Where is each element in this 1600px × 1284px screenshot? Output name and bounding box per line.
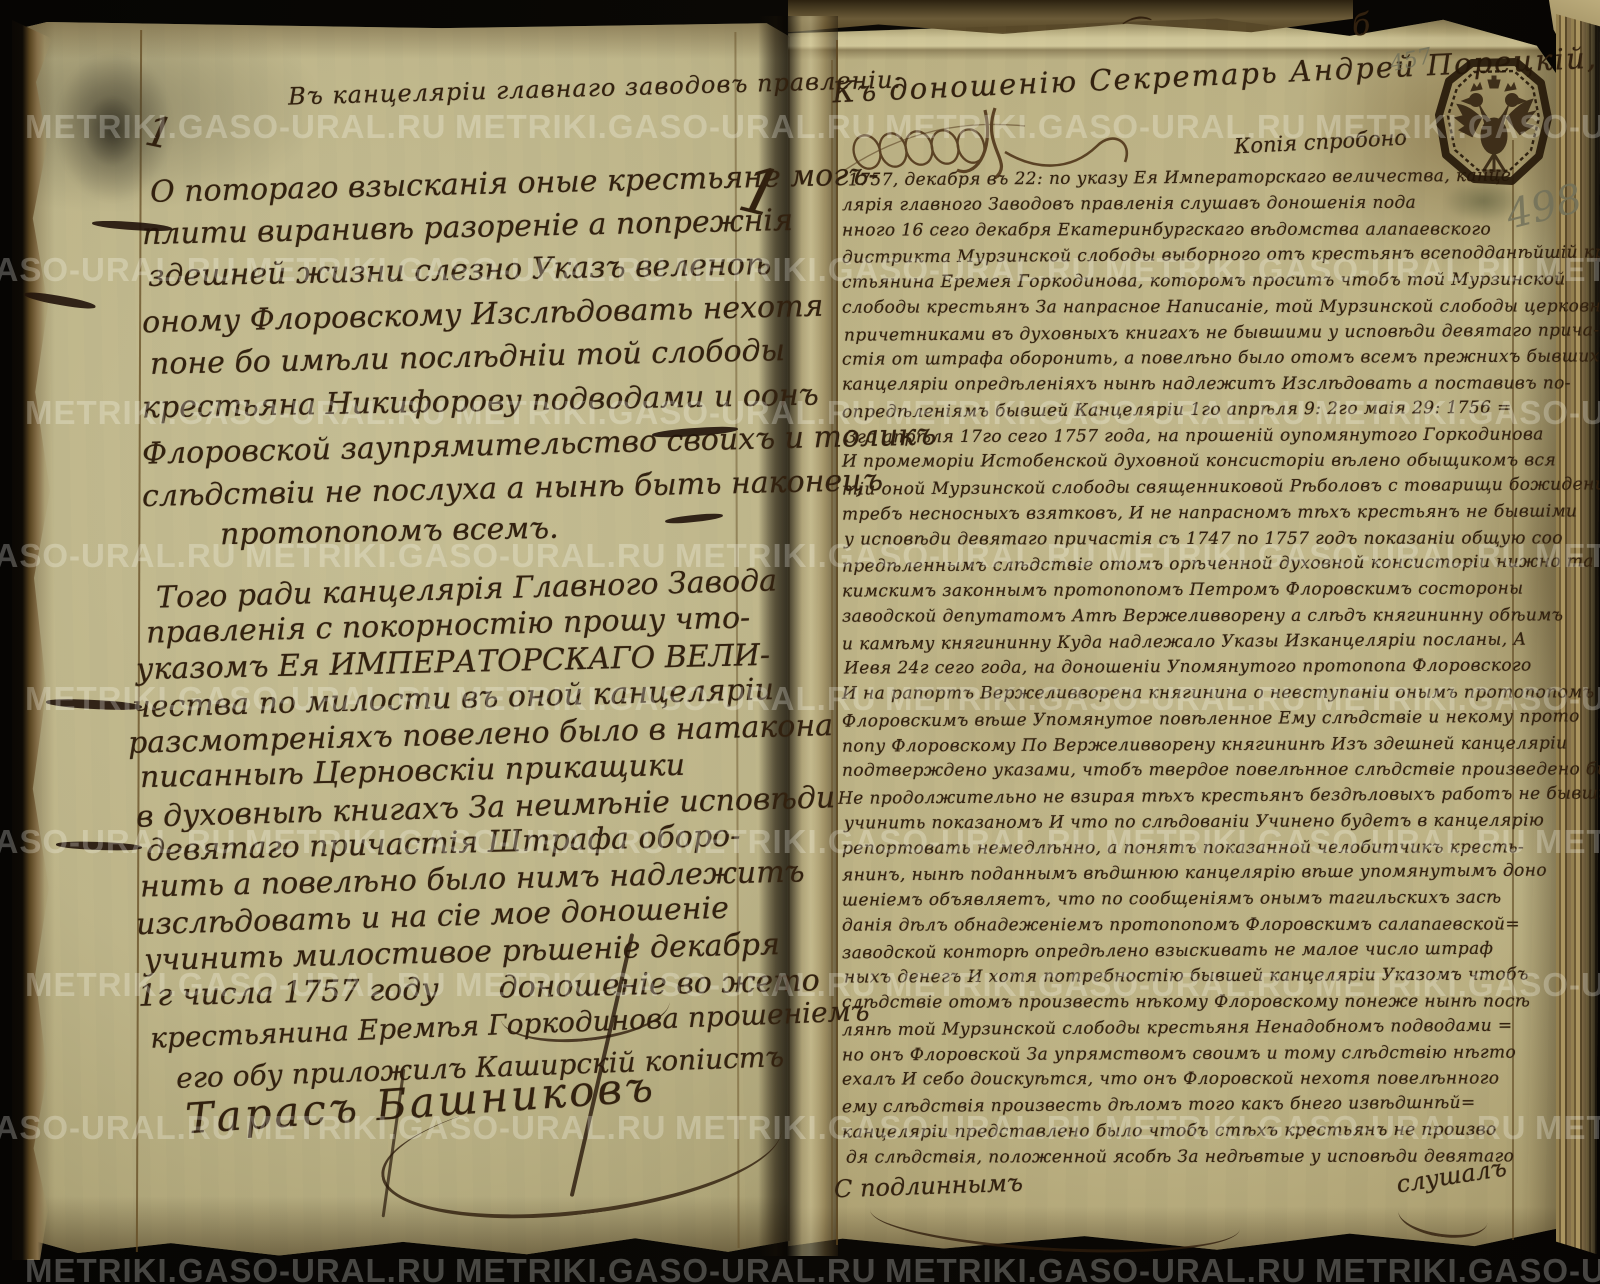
- manuscript-line: протопопомъ всемъ.: [220, 511, 559, 552]
- manuscript-line: репортовать немедлѣнно, а понятъ показан…: [842, 837, 1524, 858]
- manuscript-line: данія дѣлъ обнадеженіемъ протопопомъ Фло…: [842, 914, 1520, 935]
- manuscript-line: дя слѣдствія, положенной ясобѣ За недѣвт…: [846, 1146, 1514, 1167]
- manuscript-line: у исповѣди девятаго причастія съ 1747 по…: [844, 528, 1563, 549]
- manuscript-line: но онъ Флоровской За упрямствомъ своимъ …: [842, 1043, 1516, 1066]
- manuscript-line: шеніемъ объявляетъ, что по сообщеніямъ о…: [842, 888, 1502, 911]
- manuscript-line: И промеморіи Истобенской духовной консис…: [842, 450, 1556, 471]
- manuscript-line: лярія главного Заводовъ правленія слушав…: [842, 193, 1416, 216]
- manuscript-line: подтверждено указами, чтобъ твердое пове…: [842, 759, 1600, 780]
- ink-blot: [84, 96, 140, 166]
- manuscript-line: Иевя 24г сего года, на доношеніи Упомяну…: [844, 655, 1532, 678]
- watermark-text: METRIKI.GASO-URAL.RU: [885, 1252, 1306, 1284]
- manuscript-line: ехалъ И себо доискуѣтся, что онъ Флоровс…: [842, 1068, 1499, 1089]
- manuscript-line: канцеляріи представлено было чтобъ стѣхъ…: [842, 1120, 1497, 1143]
- manuscript-line: стія от штрафа оборонить, а повелѣно был…: [842, 346, 1600, 369]
- manuscript-line: слободы крестьянъ За напрасное Написаніе…: [842, 296, 1600, 317]
- right-page-margin-line-inner: [831, 60, 833, 1240]
- manuscript-line: нного 16 сего декабря Екатеринбургскаго …: [842, 219, 1491, 240]
- watermark-text: METRIKI.GASO-URAL.RU: [25, 1252, 446, 1284]
- manuscript-line: заводской депутатомъ Атѣ Вержеливворену …: [842, 605, 1563, 626]
- right-page-margin-line: [836, 40, 838, 1245]
- watermark-text: METRIKI.GASO-URAL.RU: [1315, 1252, 1600, 1284]
- manuscript-line: кимскимъ законнымъ протопопомъ Петромъ Ф…: [842, 579, 1524, 602]
- header-loops-flourish: [845, 100, 1175, 190]
- manuscript-line: попу Флоровскому По Вержеливворену княги…: [842, 733, 1568, 756]
- imperial-eagle-stamp-icon: [1434, 58, 1554, 190]
- manuscript-line: слѣдствіе отомъ произвесть нѣкому Флоров…: [842, 991, 1530, 1012]
- manuscript-line: И на рапортъ Вержеливворена княгинина о …: [842, 682, 1595, 703]
- manuscript-line: требъ несносныхъ взятковъ, И не напрасно…: [842, 501, 1577, 524]
- manuscript-scan: Въ канцеляріи главнаго заводовъ правлені…: [0, 0, 1600, 1284]
- top-curve-mark: ⌒: [1115, 6, 1151, 54]
- manuscript-line: 3го апрѣля 17го сего 1757 года, на проше…: [846, 424, 1544, 447]
- manuscript-line: учинить показаномъ И что по слѣдованіи У…: [844, 810, 1544, 833]
- manuscript-line: стьянина Еремея Горкодинова, которомъ пр…: [842, 269, 1566, 292]
- manuscript-line: канцеляріи опредѣленіяхъ нынѣ надлежитъ …: [842, 373, 1571, 394]
- watermark-text: METRIKI.GASO-URAL.RU: [455, 1252, 876, 1284]
- manuscript-line: ныхъ денегъ И хотя потребностію бывшей к…: [844, 965, 1529, 988]
- top-ink-mark: б: [1350, 7, 1372, 44]
